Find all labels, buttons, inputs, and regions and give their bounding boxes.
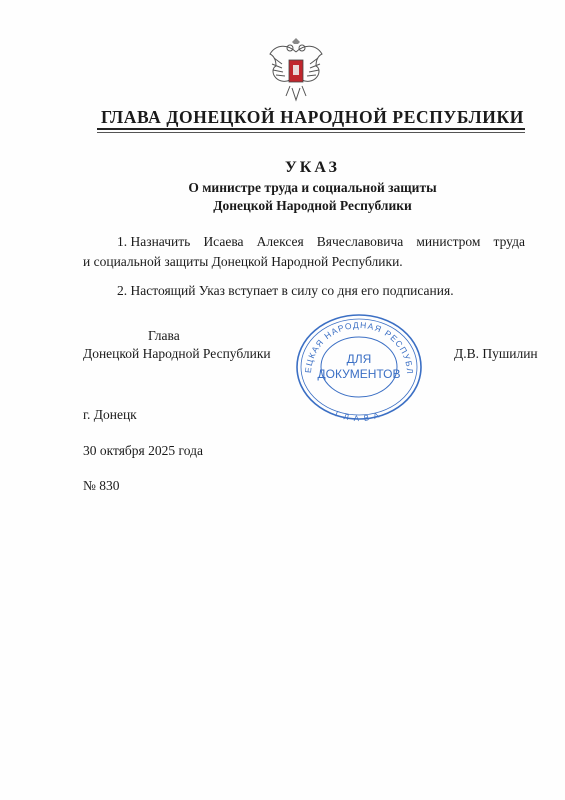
stamp-center-line1: ДЛЯ <box>347 352 372 366</box>
issue-place: г. Донецк <box>83 407 137 423</box>
issue-date: 30 октября 2025 года <box>83 443 203 459</box>
issuer-heading: ГЛАВА ДОНЕЦКОЙ НАРОДНОЙ РЕСПУБЛИКИ <box>0 107 565 128</box>
svg-text:ГЛАВА: ГЛАВА <box>334 409 384 422</box>
document-page: ГЛАВА ДОНЕЦКОЙ НАРОДНОЙ РЕСПУБЛИКИ УКАЗ … <box>0 0 565 800</box>
document-subject-line2: Донецкой Народной Республики <box>0 198 565 214</box>
signatory-title-line2: Донецкой Народной Республики <box>83 346 271 362</box>
coat-of-arms-icon <box>268 38 324 106</box>
paragraph-1-line1: 1. Назначить Исаева Алексея Вячеславович… <box>117 234 525 250</box>
p1-word: Алексея <box>257 234 304 250</box>
paragraph-1-line2: и социальной защиты Донецкой Народной Ре… <box>83 254 403 270</box>
p1-word: министром <box>416 234 480 250</box>
document-type: УКАЗ <box>0 159 565 177</box>
p1-word: 1. Назначить <box>117 234 190 250</box>
signatory-title-line1: Глава <box>148 328 180 344</box>
stamp-center-line2: ДОКУМЕНТОВ <box>317 367 400 381</box>
official-stamp: ДОНЕЦКАЯ НАРОДНАЯ РЕСПУБЛИКА ГЛАВА ДЛЯ Д… <box>293 312 425 422</box>
decree-number: № 830 <box>83 478 120 494</box>
document-subject-line1: О министре труда и социальной защиты <box>0 180 565 196</box>
signatory-name: Д.В. Пушилин <box>454 346 538 362</box>
p1-word: Вячеславовича <box>317 234 403 250</box>
p1-word: труда <box>494 234 525 250</box>
paragraph-2: 2. Настоящий Указ вступает в силу со дня… <box>117 283 454 299</box>
stamp-bottom-text: ГЛАВА <box>334 409 384 422</box>
heading-rule-thin <box>97 132 525 133</box>
heading-rule-thick <box>97 128 525 130</box>
p1-word: Исаева <box>203 234 243 250</box>
